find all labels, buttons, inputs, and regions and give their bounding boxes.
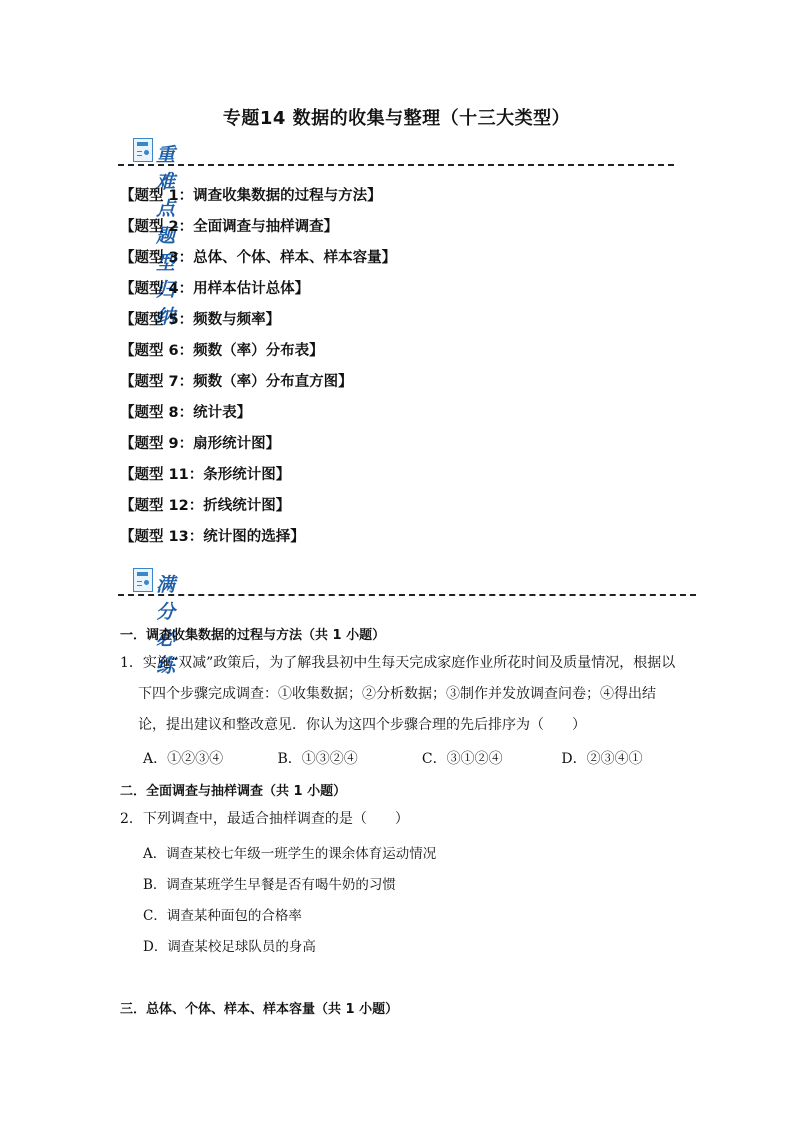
toc-item: 【题型 5：频数与频率】 — [120, 308, 396, 339]
option-c[interactable]: C．③①②④ — [422, 748, 557, 768]
question-1-options: A．①②③④ B．①③②④ C．③①②④ D．②③④① — [143, 748, 643, 768]
document-title: 专题14 数据的收集与整理（十三大类型） — [0, 104, 793, 130]
toc-item: 【题型 2：全面调查与抽样调查】 — [120, 215, 396, 246]
dashed-divider — [118, 164, 674, 166]
section-heading: 一．调查收集数据的过程与方法（共 1 小题） — [120, 624, 385, 643]
toc-item: 【题型 4：用样本估计总体】 — [120, 277, 396, 308]
question-stem: 2．下列调查中，最适合抽样调查的是（ ） — [120, 804, 680, 835]
document-search-icon — [133, 568, 153, 592]
section-heading: 三．总体、个体、样本、样本容量（共 1 小题） — [120, 998, 398, 1017]
toc-item: 【题型 9：扇形统计图】 — [120, 432, 396, 463]
question-stem: 1．实施“双减”政策后，为了解我县初中生每天完成家庭作业所花时间及质量情况，根据… — [120, 648, 680, 741]
toc-item: 【题型 8：统计表】 — [120, 401, 396, 432]
option-a[interactable]: A．①②③④ — [143, 748, 273, 768]
toc-item: 【题型 7：频数（率）分布直方图】 — [120, 370, 396, 401]
section-heading: 二．全面调查与抽样调查（共 1 小题） — [120, 780, 346, 799]
toc-item: 【题型 1：调查收集数据的过程与方法】 — [120, 184, 396, 215]
option-d[interactable]: D．②③④① — [561, 748, 642, 768]
toc-item: 【题型 12：折线统计图】 — [120, 494, 396, 525]
toc-item: 【题型 3：总体、个体、样本、样本容量】 — [120, 246, 396, 277]
toc-item: 【题型 6：频数（率）分布表】 — [120, 339, 396, 370]
toc-item: 【题型 13：统计图的选择】 — [120, 525, 396, 556]
toc-list: 【题型 1：调查收集数据的过程与方法】 【题型 2：全面调查与抽样调查】 【题型… — [120, 184, 396, 556]
question-1: 1．实施“双减”政策后，为了解我县初中生每天完成家庭作业所花时间及质量情况，根据… — [120, 648, 680, 741]
option-d[interactable]: D．调查某校足球队员的身高 — [143, 935, 316, 955]
toc-item: 【题型 11：条形统计图】 — [120, 463, 396, 494]
document-search-icon — [133, 138, 153, 162]
dashed-divider — [118, 594, 696, 596]
option-b[interactable]: B．调查某班学生早餐是否有喝牛奶的习惯 — [143, 873, 396, 893]
option-c[interactable]: C．调查某种面包的合格率 — [143, 904, 302, 924]
question-2: 2．下列调查中，最适合抽样调查的是（ ） — [120, 804, 680, 835]
option-b[interactable]: B．①③②④ — [277, 748, 417, 768]
option-a[interactable]: A．调查某校七年级一班学生的课余体育运动情况 — [143, 842, 436, 862]
